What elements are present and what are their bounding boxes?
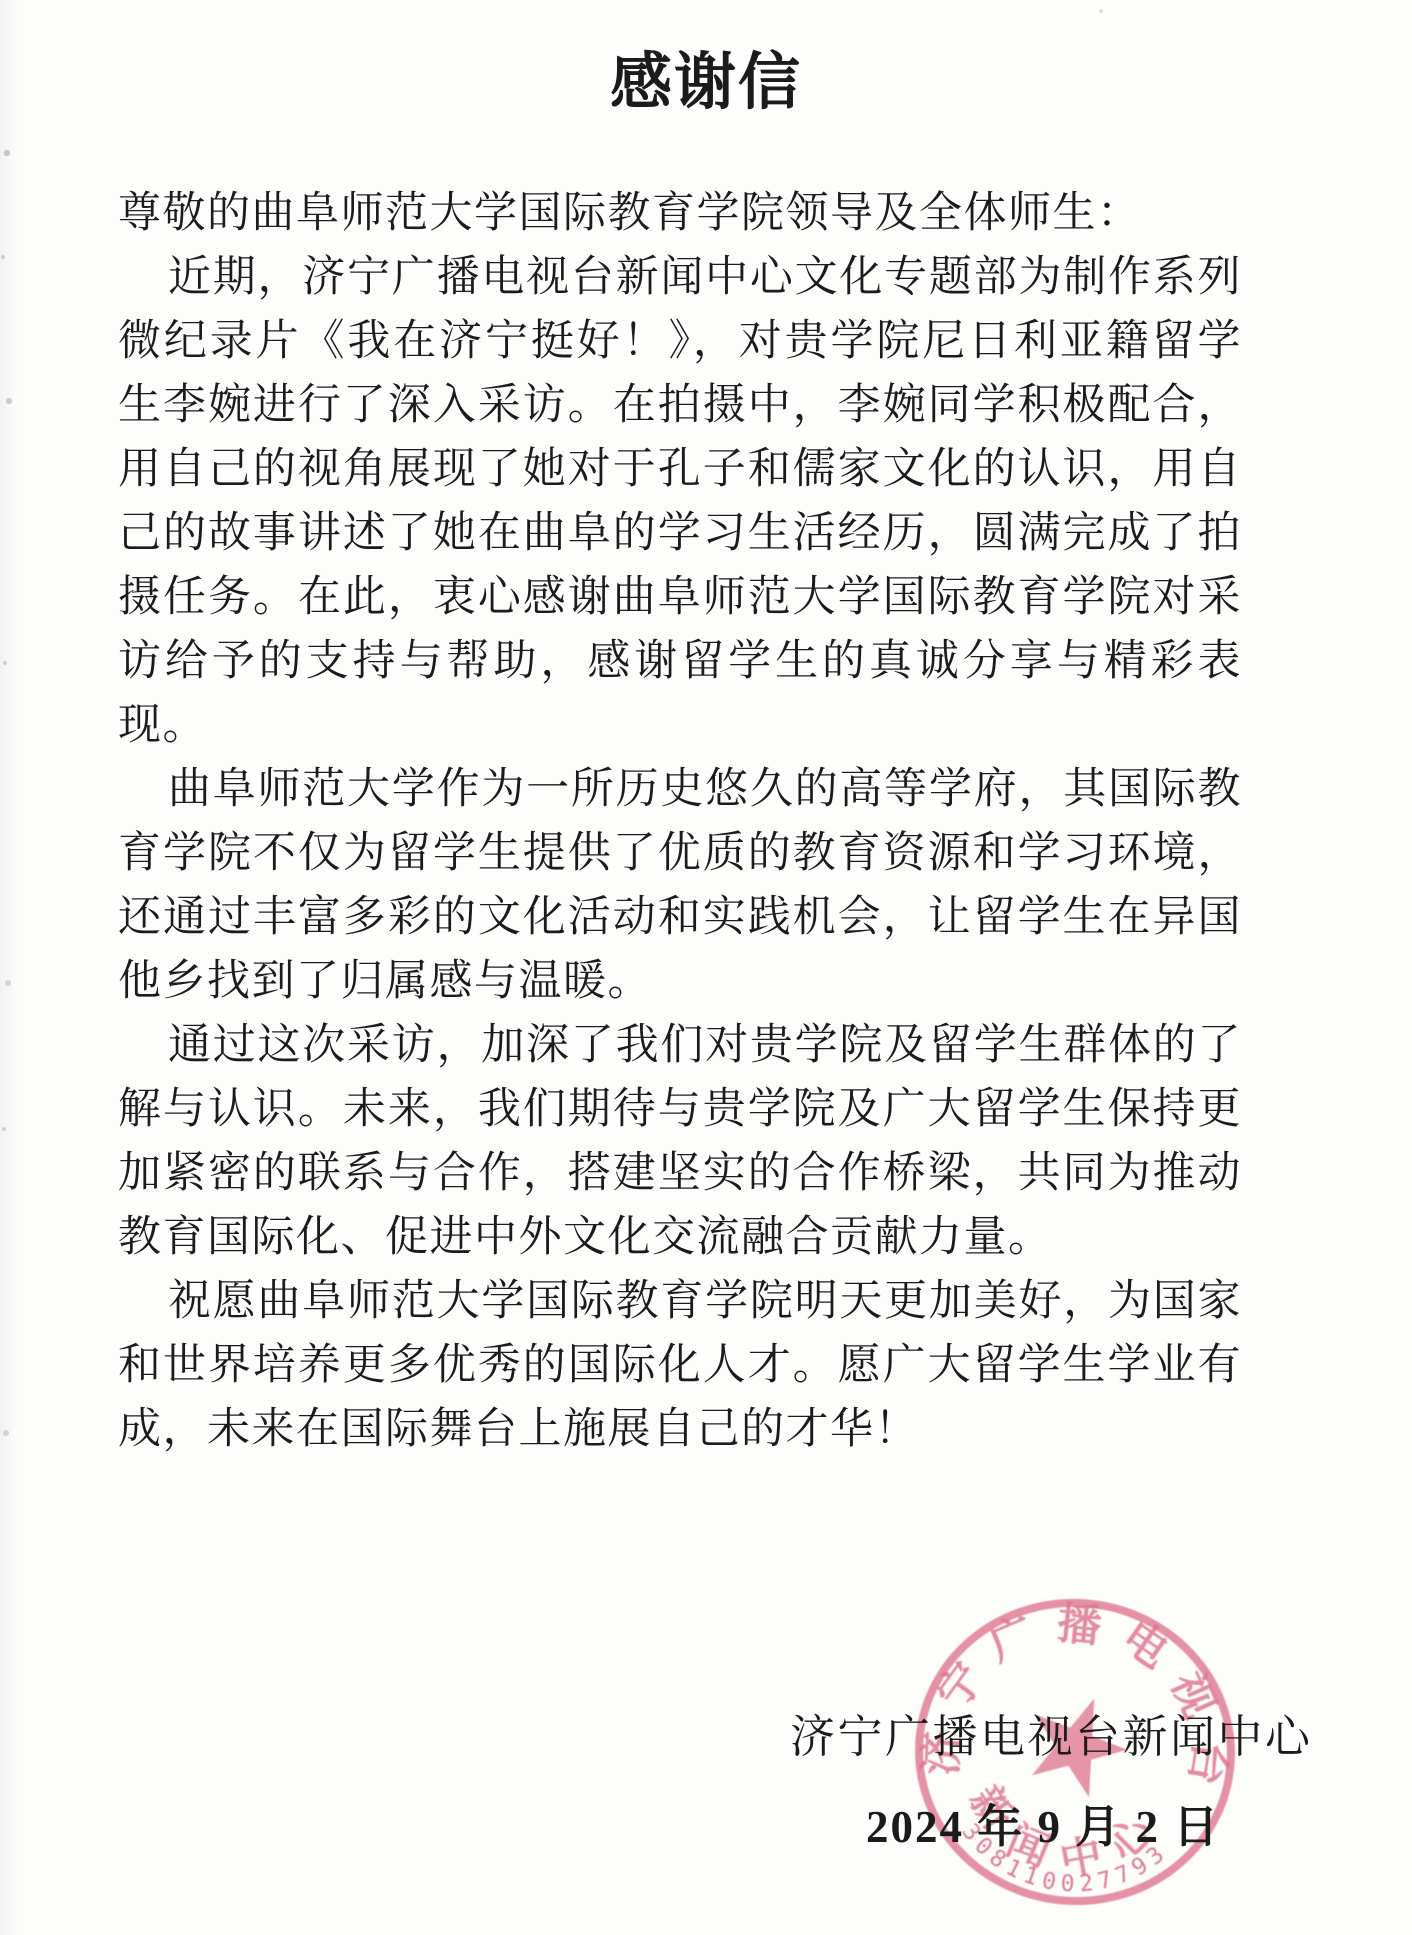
- letter-page: 感谢信 尊敬的曲阜师范大学国际教育学院领导及全体师生： 近期，济宁广播电视台新闻…: [0, 0, 1412, 1935]
- paragraph-3: 通过这次采访，加深了我们对贵学院及留学生群体的了解与认识。未来，我们期待与贵学院…: [118, 1014, 1242, 1270]
- salutation: 尊敬的曲阜师范大学国际教育学院领导及全体师生：: [118, 182, 1242, 246]
- paragraph-2: 曲阜师范大学作为一所历史悠久的高等学府，其国际教育学院不仅为留学生提供了优质的教…: [118, 758, 1242, 1014]
- letter-title: 感谢信: [0, 44, 1412, 122]
- scan-artifacts: [0, 0, 2, 2]
- signature-line: 济宁广播电视台新闻中心: [790, 1700, 1313, 1765]
- paragraph-4: 祝愿曲阜师范大学国际教育学院明天更加美好，为国家和世界培养更多优秀的国际化人才。…: [118, 1270, 1242, 1462]
- paragraph-1: 近期，济宁广播电视台新闻中心文化专题部为制作系列微纪录片《我在济宁挺好！》，对贵…: [118, 246, 1242, 758]
- letter-body: 尊敬的曲阜师范大学国际教育学院领导及全体师生： 近期，济宁广播电视台新闻中心文化…: [118, 182, 1242, 1462]
- date-line: 2024 年 9 月 2 日: [866, 1790, 1220, 1855]
